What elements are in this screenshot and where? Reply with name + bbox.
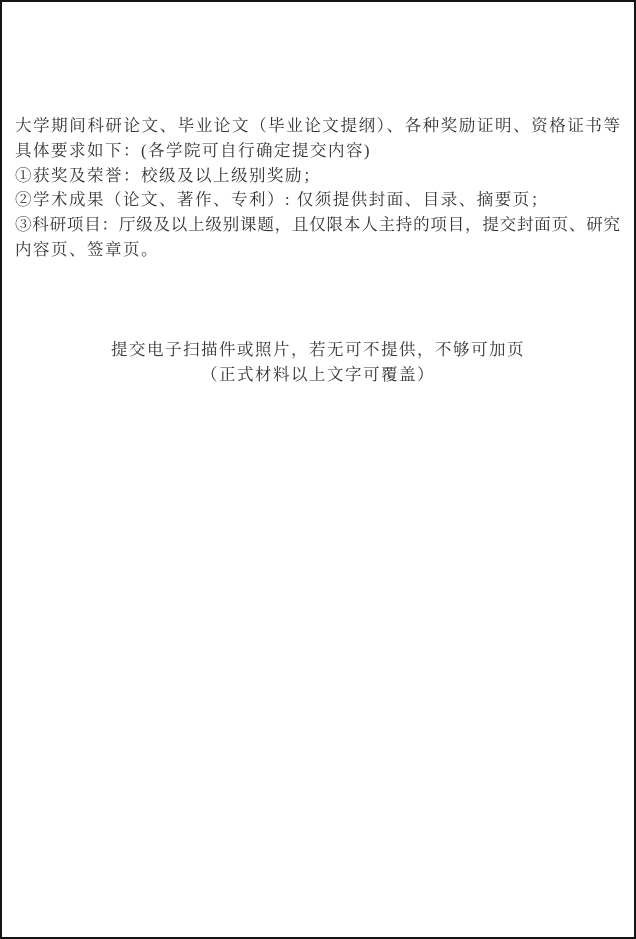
submission-note-line: （正式材料以上文字可覆盖）	[2, 363, 634, 388]
requirements-item-3-continued: 内容页、签章页。	[15, 238, 620, 263]
submission-note: 提交电子扫描件或照片，若无可不提供，不够可加页 （正式材料以上文字可覆盖）	[2, 338, 634, 388]
requirements-paragraph: 大学期间科研论文、毕业论文（毕业论文提纲）、各种奖励证明、资格证书等 具体要求如…	[15, 114, 620, 263]
requirements-line: 具体要求如下：(各学院可自行确定提交内容)	[15, 139, 620, 164]
requirements-item-1: ①获奖及荣誉：校级及以上级别奖励；	[15, 164, 620, 189]
requirements-item-2: ②学术成果（论文、著作、专利）: 仅须提供封面、目录、摘要页；	[15, 188, 620, 213]
requirements-line: 大学期间科研论文、毕业论文（毕业论文提纲）、各种奖励证明、资格证书等	[15, 114, 620, 139]
submission-note-line: 提交电子扫描件或照片，若无可不提供，不够可加页	[2, 338, 634, 363]
scanned-document-page: 大学期间科研论文、毕业论文（毕业论文提纲）、各种奖励证明、资格证书等 具体要求如…	[0, 0, 636, 939]
requirements-item-3: ③科研项目：厅级及以上级别课题，且仅限本人主持的项目，提交封面页、研究	[15, 213, 620, 238]
